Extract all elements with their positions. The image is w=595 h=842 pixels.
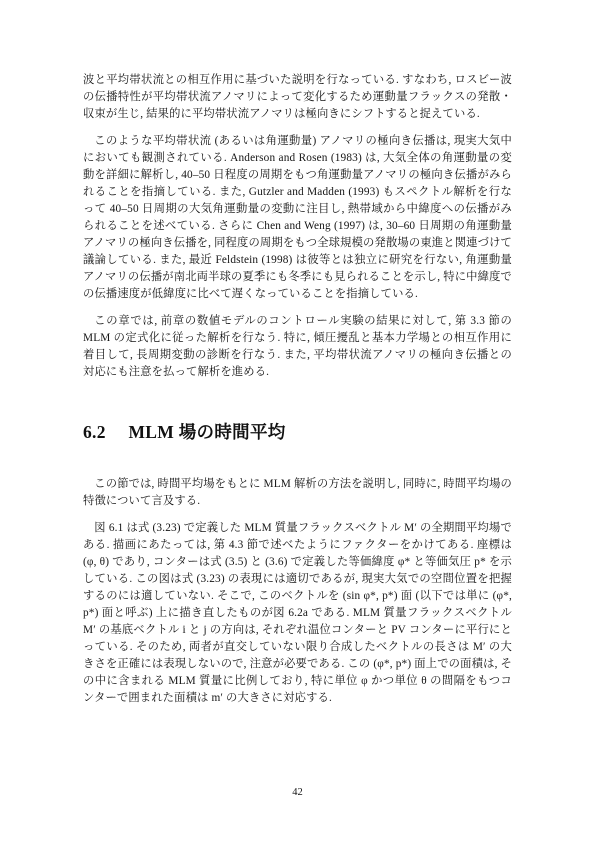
section-number: 6.2 <box>83 422 106 443</box>
section-heading: 6.2 MLM 場の時間平均 <box>83 419 512 444</box>
page-number: 42 <box>0 787 595 798</box>
document-page: 波と平均帯状流との相互作用に基づいた説明を行なっている. すなわち, ロスビー波… <box>0 0 595 842</box>
paragraph-wave-zonal-flow-interaction: 波と平均帯状流との相互作用に基づいた説明を行なっている. すなわち, ロスビー波… <box>83 72 512 123</box>
section-title: MLM 場の時間平均 <box>128 422 285 442</box>
paragraph-observed-poleward-propagation: このような平均帯状流 (あるいは角運動量) アノマリの極向き伝播は, 現実大気中… <box>83 133 512 303</box>
paragraph-figure-description: 図 6.1 は式 (3.23) で定義した MLM 質量フラックスベクトル M′… <box>83 520 512 707</box>
paragraph-chapter-overview: この章では, 前章の数値モデルのコントロール実験の結果に対して, 第 3.3 節… <box>83 313 512 381</box>
paragraph-section-intro: この節では, 時間平均場をもとに MLM 解析の方法を説明し, 同時に, 時間平… <box>83 476 512 510</box>
